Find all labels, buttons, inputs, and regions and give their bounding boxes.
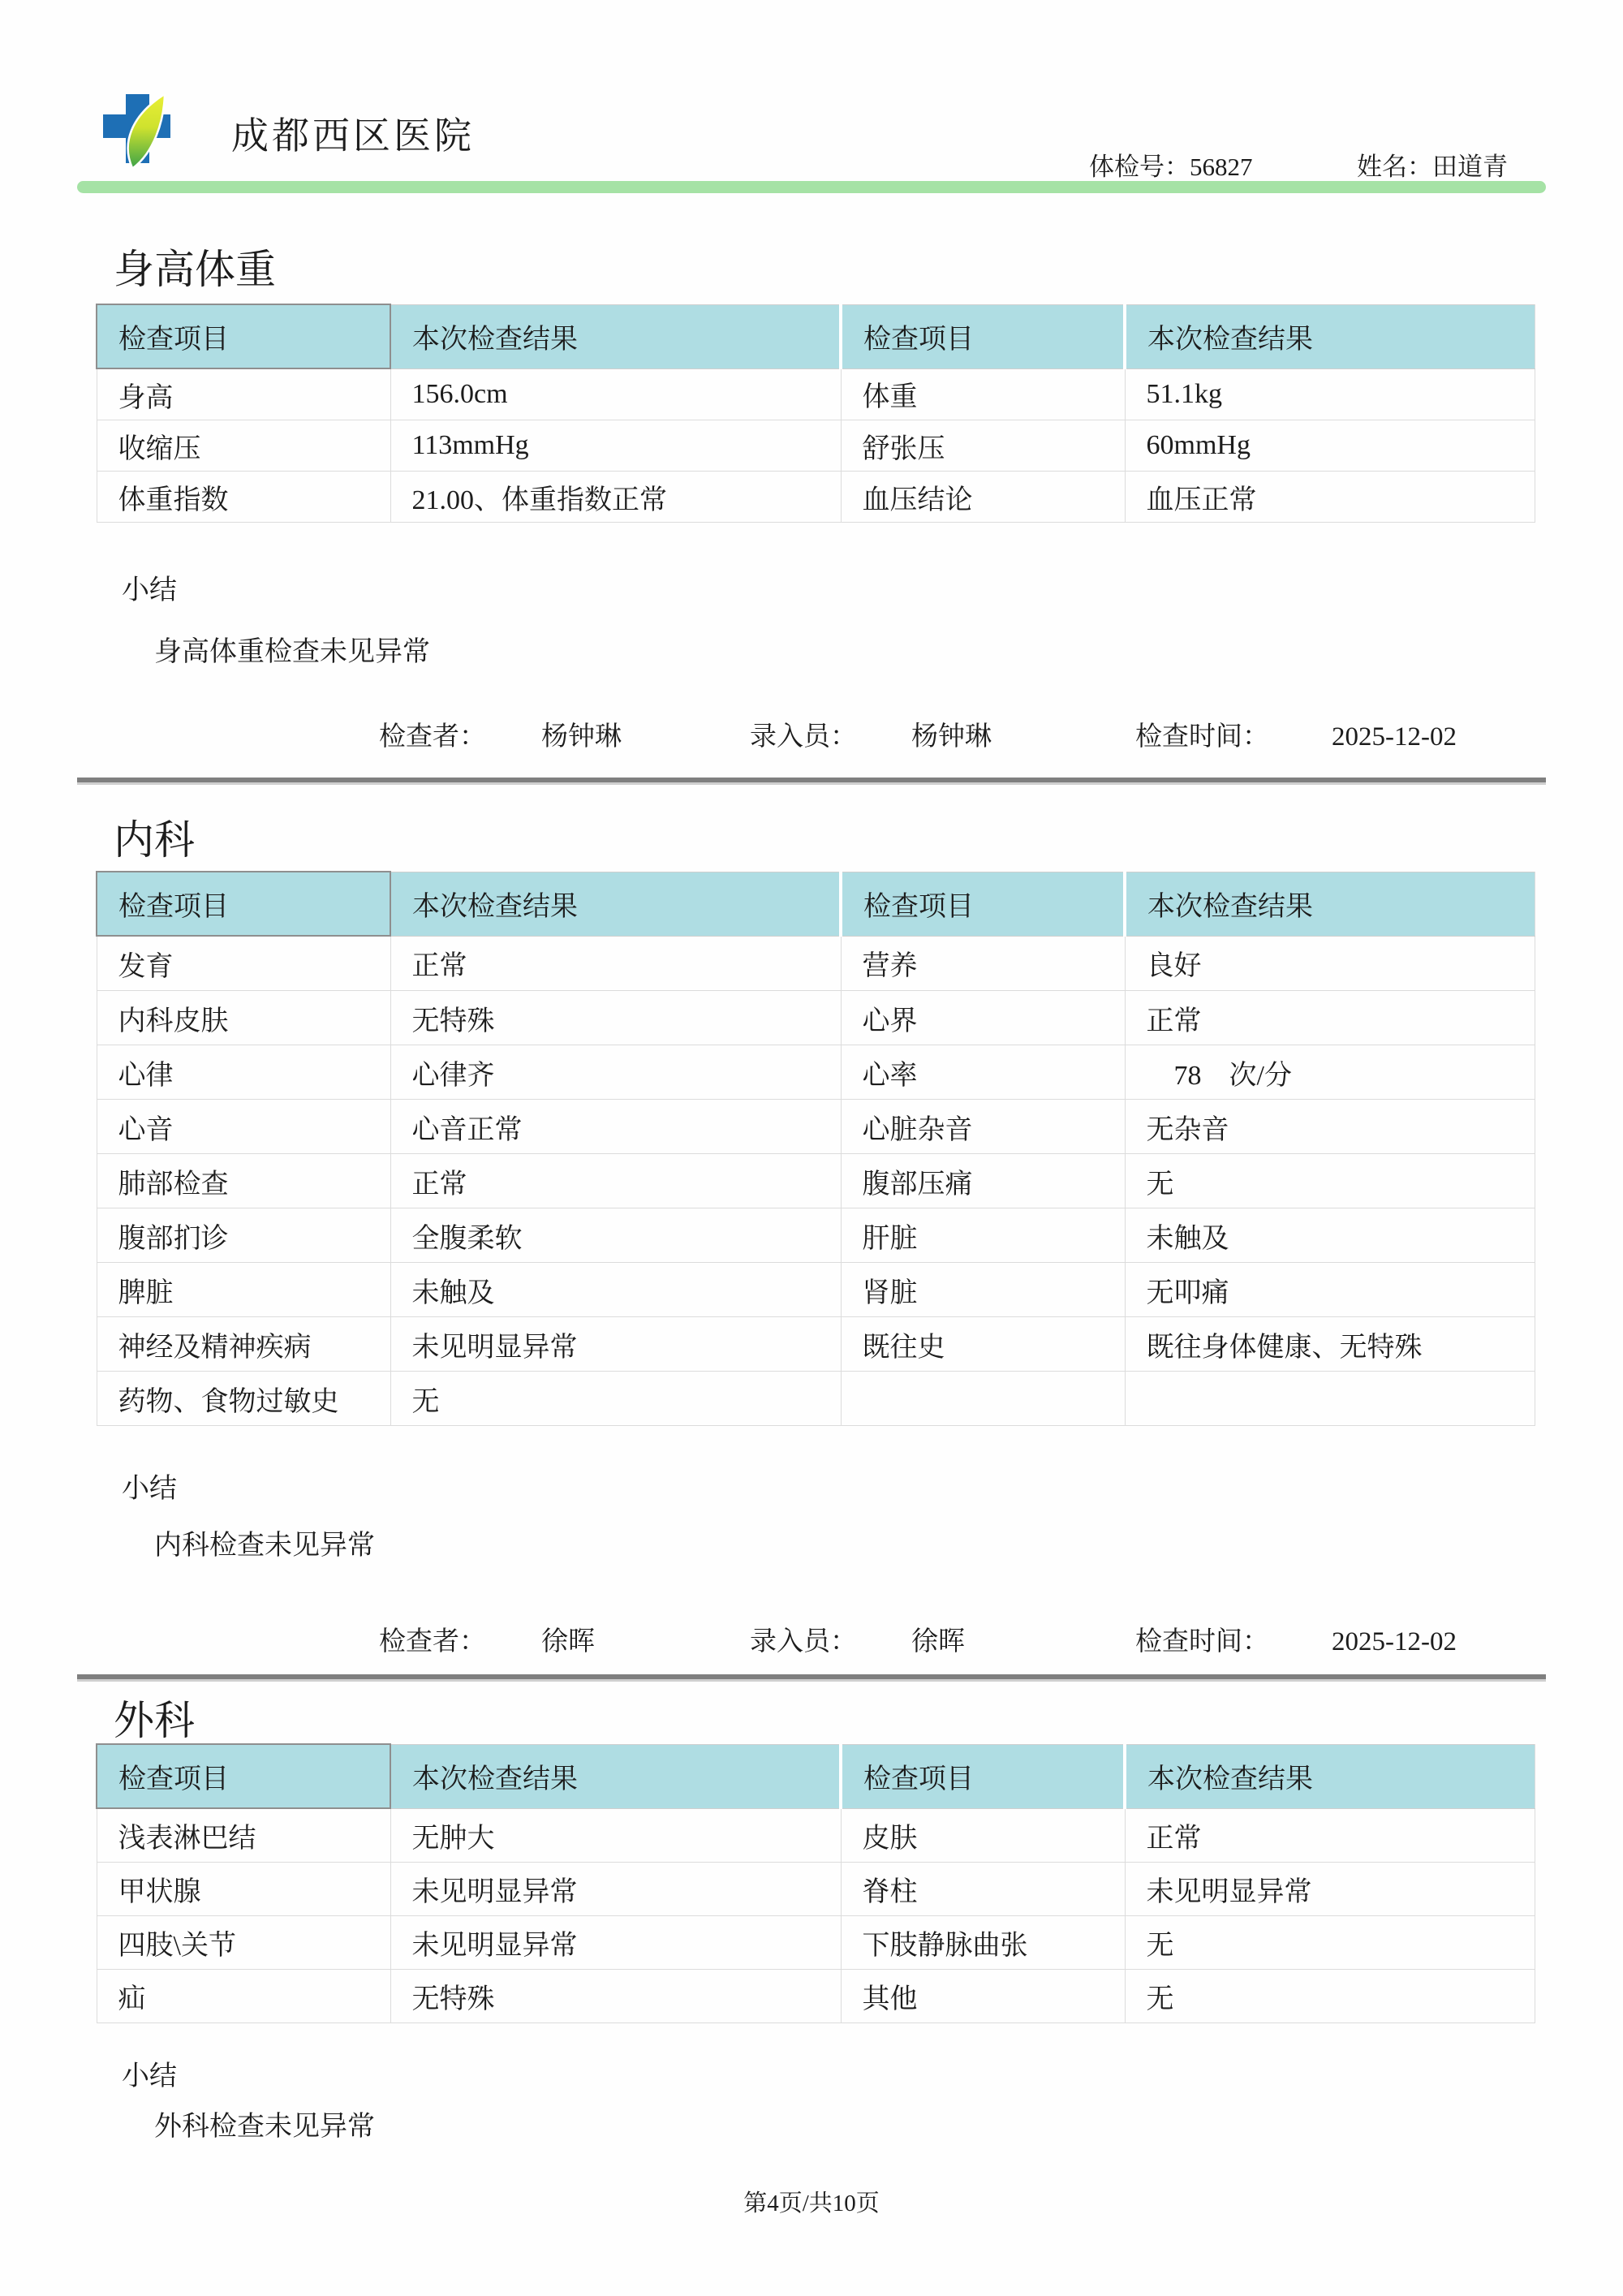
result-cell: 78 次/分 (1125, 1045, 1535, 1100)
result-cell: 未触及 (390, 1263, 841, 1317)
patient-name: 姓名：田道青 (1357, 153, 1508, 182)
item-cell: 舒张压 (841, 420, 1125, 472)
item-cell: 四肢\关节 (97, 1916, 390, 1970)
item-cell: 既往史 (841, 1317, 1125, 1372)
table-header-cell: 检查项目 (97, 872, 390, 936)
result-cell: 无特殊 (390, 1970, 841, 2023)
result-cell: 156.0cm (390, 368, 841, 420)
item-cell: 血压结论 (841, 472, 1125, 523)
table-header-cell: 本次检查结果 (1125, 1744, 1535, 1808)
exam-table: 检查项目 本次检查结果 检查项目 本次检查结果 发育 正常 营养 良好 内科皮肤 (96, 871, 1535, 1426)
item-cell: 脾脏 (97, 1263, 390, 1317)
table-header-row: 检查项目 本次检查结果 检查项目 本次检查结果 (97, 304, 1535, 368)
section-title: 身高体重 (114, 247, 1546, 292)
table-row: 体重指数 21.00、体重指数正常 血压结论 血压正常 (97, 472, 1535, 523)
patient-name-label: 姓名： (1357, 153, 1432, 181)
table-header-cell: 检查项目 (841, 872, 1125, 936)
table-row: 疝 无特殊 其他 无 (97, 1970, 1535, 2023)
result-cell: 正常 (390, 1154, 841, 1208)
result-cell: 良好 (1125, 936, 1535, 991)
table-header-cell: 本次检查结果 (390, 304, 841, 368)
item-cell: 肝脏 (841, 1208, 1125, 1263)
table-row: 神经及精神疾病 未见明显异常 既往史 既往身体健康、无特殊 (97, 1317, 1535, 1372)
recorder-value: 徐晖 (911, 1624, 965, 1660)
exam-number: 体检号：56827 (1089, 153, 1253, 182)
table-header-cell: 检查项目 (841, 304, 1125, 368)
result-cell: 无 (1125, 1970, 1535, 2023)
section-height-weight: 身高体重 检查项目 本次检查结果 检查项目 本次检查结果 身高 156.0cm (77, 195, 1546, 785)
table-row: 甲状腺 未见明显异常 脊柱 未见明显异常 (97, 1863, 1535, 1916)
recorder-label: 录入员： (750, 719, 857, 755)
result-cell: 无肿大 (390, 1808, 841, 1863)
item-cell: 皮肤 (841, 1808, 1125, 1863)
result-cell: 60mmHg (1125, 420, 1535, 472)
item-cell: 体重指数 (97, 472, 390, 523)
table-header-cell: 本次检查结果 (390, 872, 841, 936)
exam-time-label: 检查时间： (1135, 1624, 1269, 1660)
exam-table: 检查项目 本次检查结果 检查项目 本次检查结果 身高 156.0cm 体重 51… (96, 304, 1535, 523)
table-row: 浅表淋巴结 无肿大 皮肤 正常 (97, 1808, 1535, 1863)
table-row: 发育 正常 营养 良好 (97, 936, 1535, 991)
result-cell: 无 (1125, 1154, 1535, 1208)
item-cell: 肺部检查 (97, 1154, 390, 1208)
result-cell: 心律齐 (390, 1045, 841, 1100)
table-row: 收缩压 113mmHg 舒张压 60mmHg (97, 420, 1535, 472)
section-title: 内科 (114, 817, 1546, 863)
table-row: 心律 心律齐 心率 78 次/分 (97, 1045, 1535, 1100)
header-accent-line (77, 181, 1546, 193)
exam-time-value: 2025-12-02 (1332, 1624, 1457, 1660)
table-header-row: 检查项目 本次检查结果 检查项目 本次检查结果 (97, 1744, 1535, 1808)
result-cell: 未见明显异常 (390, 1317, 841, 1372)
item-cell: 心界 (841, 991, 1125, 1045)
result-cell (1125, 1372, 1535, 1426)
exam-number-value: 56827 (1190, 153, 1253, 181)
section-divider (77, 1674, 1546, 1682)
table-header-cell: 检查项目 (97, 1744, 390, 1808)
item-cell: 腹部扪诊 (97, 1208, 390, 1263)
examiner-value: 徐晖 (541, 1624, 595, 1660)
recorder-value: 杨钟琳 (911, 719, 992, 755)
item-cell: 发育 (97, 936, 390, 991)
summary-text: 身高体重检查未见异常 (154, 636, 1546, 669)
summary-text: 外科检查未见异常 (154, 2111, 1546, 2143)
item-cell: 心律 (97, 1045, 390, 1100)
item-cell: 神经及精神疾病 (97, 1317, 390, 1372)
table-header-row: 检查项目 本次检查结果 检查项目 本次检查结果 (97, 872, 1535, 936)
table-row: 内科皮肤 无特殊 心界 正常 (97, 991, 1535, 1045)
table-row: 身高 156.0cm 体重 51.1kg (97, 368, 1535, 420)
item-cell: 肾脏 (841, 1263, 1125, 1317)
item-cell: 脊柱 (841, 1863, 1125, 1916)
item-cell: 甲状腺 (97, 1863, 390, 1916)
result-cell: 未见明显异常 (390, 1916, 841, 1970)
result-cell: 心音正常 (390, 1100, 841, 1154)
exam-number-label: 体检号： (1089, 153, 1190, 181)
result-cell: 正常 (1125, 1808, 1535, 1863)
result-cell: 未见明显异常 (390, 1863, 841, 1916)
result-cell: 无 (390, 1372, 841, 1426)
result-cell: 51.1kg (1125, 368, 1535, 420)
result-cell: 全腹柔软 (390, 1208, 841, 1263)
item-cell: 营养 (841, 936, 1125, 991)
table-header-cell: 本次检查结果 (1125, 304, 1535, 368)
result-cell: 未见明显异常 (1125, 1863, 1535, 1916)
summary-label: 小结 (122, 2061, 1546, 2093)
result-cell: 正常 (390, 936, 841, 991)
table-row: 肺部检查 正常 腹部压痛 无 (97, 1154, 1535, 1208)
table-row: 腹部扪诊 全腹柔软 肝脏 未触及 (97, 1208, 1535, 1263)
section-internal-medicine: 内科 检查项目 本次检查结果 检查项目 本次检查结果 发育 正常 营养 (77, 785, 1546, 1682)
signature-row: 检查者： 杨钟琳 录入员： 杨钟琳 检查时间： 2025-12-02 (77, 719, 1546, 755)
result-cell: 无 (1125, 1916, 1535, 1970)
exam-time-value: 2025-12-02 (1332, 719, 1457, 755)
summary-label: 小结 (122, 575, 1546, 607)
patient-name-value: 田道青 (1432, 153, 1508, 181)
result-cell: 未触及 (1125, 1208, 1535, 1263)
hospital-name: 成都西区医院 (231, 115, 475, 157)
page-footer: 第4页/共10页 (0, 2185, 1623, 2218)
hospital-logo-icon (103, 94, 173, 169)
summary-label: 小结 (122, 1473, 1546, 1506)
item-cell: 药物、食物过敏史 (97, 1372, 390, 1426)
item-cell: 心音 (97, 1100, 390, 1154)
section-title: 外科 (114, 1698, 1546, 1743)
section-divider (77, 778, 1546, 785)
exam-table: 检查项目 本次检查结果 检查项目 本次检查结果 浅表淋巴结 无肿大 皮肤 正常 … (96, 1743, 1535, 2023)
item-cell: 收缩压 (97, 420, 390, 472)
signature-row: 检查者： 徐晖 录入员： 徐晖 检查时间： 2025-12-02 (77, 1624, 1546, 1660)
item-cell: 身高 (97, 368, 390, 420)
examiner-value: 杨钟琳 (541, 719, 622, 755)
table-row: 四肢\关节 未见明显异常 下肢静脉曲张 无 (97, 1916, 1535, 1970)
item-cell: 腹部压痛 (841, 1154, 1125, 1208)
item-cell: 心率 (841, 1045, 1125, 1100)
table-header-cell: 检查项目 (97, 304, 390, 368)
item-cell (841, 1372, 1125, 1426)
examiner-label: 检查者： (379, 1624, 486, 1660)
item-cell: 疝 (97, 1970, 390, 2023)
examiner-label: 检查者： (379, 719, 486, 755)
item-cell: 内科皮肤 (97, 991, 390, 1045)
table-row: 药物、食物过敏史 无 (97, 1372, 1535, 1426)
result-cell: 无杂音 (1125, 1100, 1535, 1154)
table-header-cell: 本次检查结果 (390, 1744, 841, 1808)
table-row: 脾脏 未触及 肾脏 无叩痛 (97, 1263, 1535, 1317)
table-row: 心音 心音正常 心脏杂音 无杂音 (97, 1100, 1535, 1154)
section-surgery: 外科 检查项目 本次检查结果 检查项目 本次检查结果 浅表淋巴结 无肿大 皮肤 (77, 1682, 1546, 2143)
report-header: 成都西区医院 体检号：56827 姓名：田道青 (77, 0, 1546, 195)
result-cell: 21.00、体重指数正常 (390, 472, 841, 523)
recorder-label: 录入员： (750, 1624, 857, 1660)
result-cell: 无叩痛 (1125, 1263, 1535, 1317)
result-cell: 正常 (1125, 991, 1535, 1045)
item-cell: 心脏杂音 (841, 1100, 1125, 1154)
table-header-cell: 检查项目 (841, 1744, 1125, 1808)
item-cell: 其他 (841, 1970, 1125, 2023)
item-cell: 浅表淋巴结 (97, 1808, 390, 1863)
report-page: 成都西区医院 体检号：56827 姓名：田道青 身高体重 检查项目 本次检查结果… (0, 0, 1623, 2296)
result-cell: 113mmHg (390, 420, 841, 472)
result-cell: 无特殊 (390, 991, 841, 1045)
item-cell: 体重 (841, 368, 1125, 420)
table-header-cell: 本次检查结果 (1125, 872, 1535, 936)
summary-text: 内科检查未见异常 (154, 1530, 1546, 1562)
item-cell: 下肢静脉曲张 (841, 1916, 1125, 1970)
result-cell: 血压正常 (1125, 472, 1535, 523)
exam-time-label: 检查时间： (1135, 719, 1269, 755)
result-cell: 既往身体健康、无特殊 (1125, 1317, 1535, 1372)
